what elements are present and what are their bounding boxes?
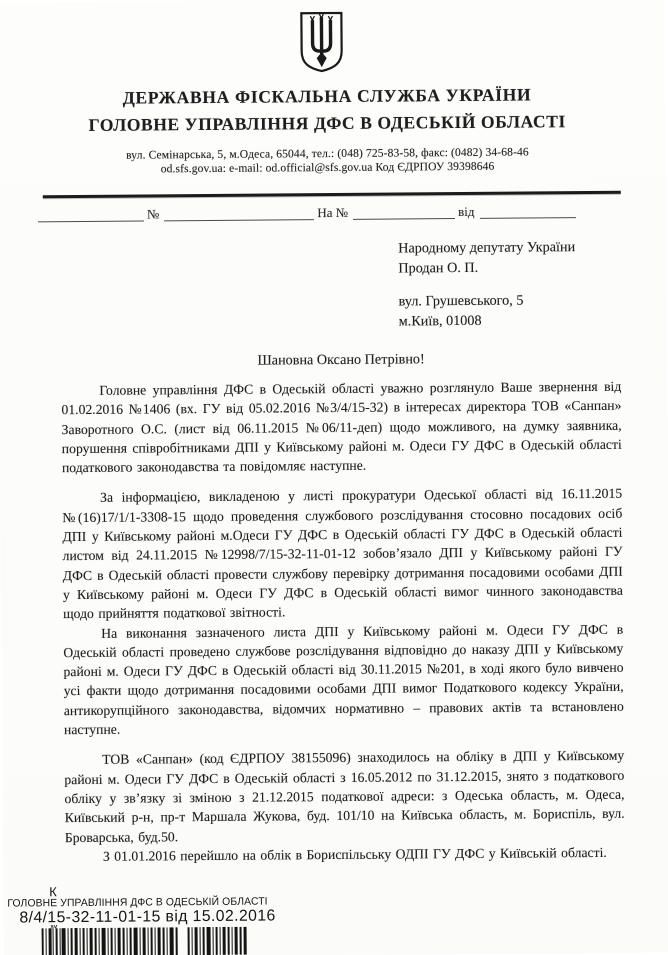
paragraph-4: ТОВ «Санпан» (код ЄДРПОУ 38155096) знахо… — [64, 746, 625, 847]
recipient-street: вул. Грушевського, 5 — [399, 291, 576, 312]
number-label: № — [144, 206, 165, 221]
stamp-doc-number: 8/4/15-32-11-01-15 від 15.02.2016 — [19, 907, 275, 926]
letterhead-divider — [43, 191, 621, 199]
registration-stamp: К ГОЛОВНЕ УПРАВЛІННЯ ДФС В ОДЕСЬКІЙ ОБЛА… — [3, 884, 304, 955]
outgoing-number-blank-line — [38, 205, 144, 222]
org-name-line2: ГОЛОВНЕ УПРАВЛІННЯ ДФС В ОДЕСЬКІЙ ОБЛАСТ… — [0, 110, 657, 136]
paragraph-1: Головне управління ДФС в Одеській област… — [61, 377, 622, 478]
on-number-label: На № — [314, 205, 353, 220]
org-name-line1: ДЕРЖАВНА ФІСКАЛЬНА СЛУЖБА УКРАЇНИ — [0, 83, 657, 109]
letter-body: Головне управління ДФС в Одеській област… — [61, 377, 625, 867]
recipient-name: Продан О. П. — [398, 258, 575, 279]
paragraph-5: З 01.01.2016 перейшло на облік в Бориспі… — [65, 843, 625, 867]
recipient-title: Народному депутату України — [398, 238, 575, 259]
scanned-letter-page: ДЕРЖАВНА ФІСКАЛЬНА СЛУЖБА УКРАЇНИ ГОЛОВН… — [0, 0, 668, 955]
from-date-blank-line — [479, 202, 575, 219]
reference-fields-row: № На № від — [38, 202, 576, 222]
barcode-icon — [42, 927, 248, 955]
on-number-blank-line — [353, 203, 455, 220]
paragraph-3: На виконання зазначеного листа ДПІ у Киї… — [63, 619, 624, 739]
from-date-label: від — [455, 204, 479, 219]
recipient-city: м.Київ, 01008 — [399, 311, 576, 332]
salutation: Шановна Оксано Петрівно! — [61, 350, 621, 371]
paragraph-2: За інформацією, викладеною у листі проку… — [62, 484, 623, 623]
ukraine-trident-emblem-icon — [298, 11, 344, 73]
recipient-block: Народному депутату України Продан О. П. … — [398, 238, 576, 331]
number-blank-line — [164, 204, 314, 221]
